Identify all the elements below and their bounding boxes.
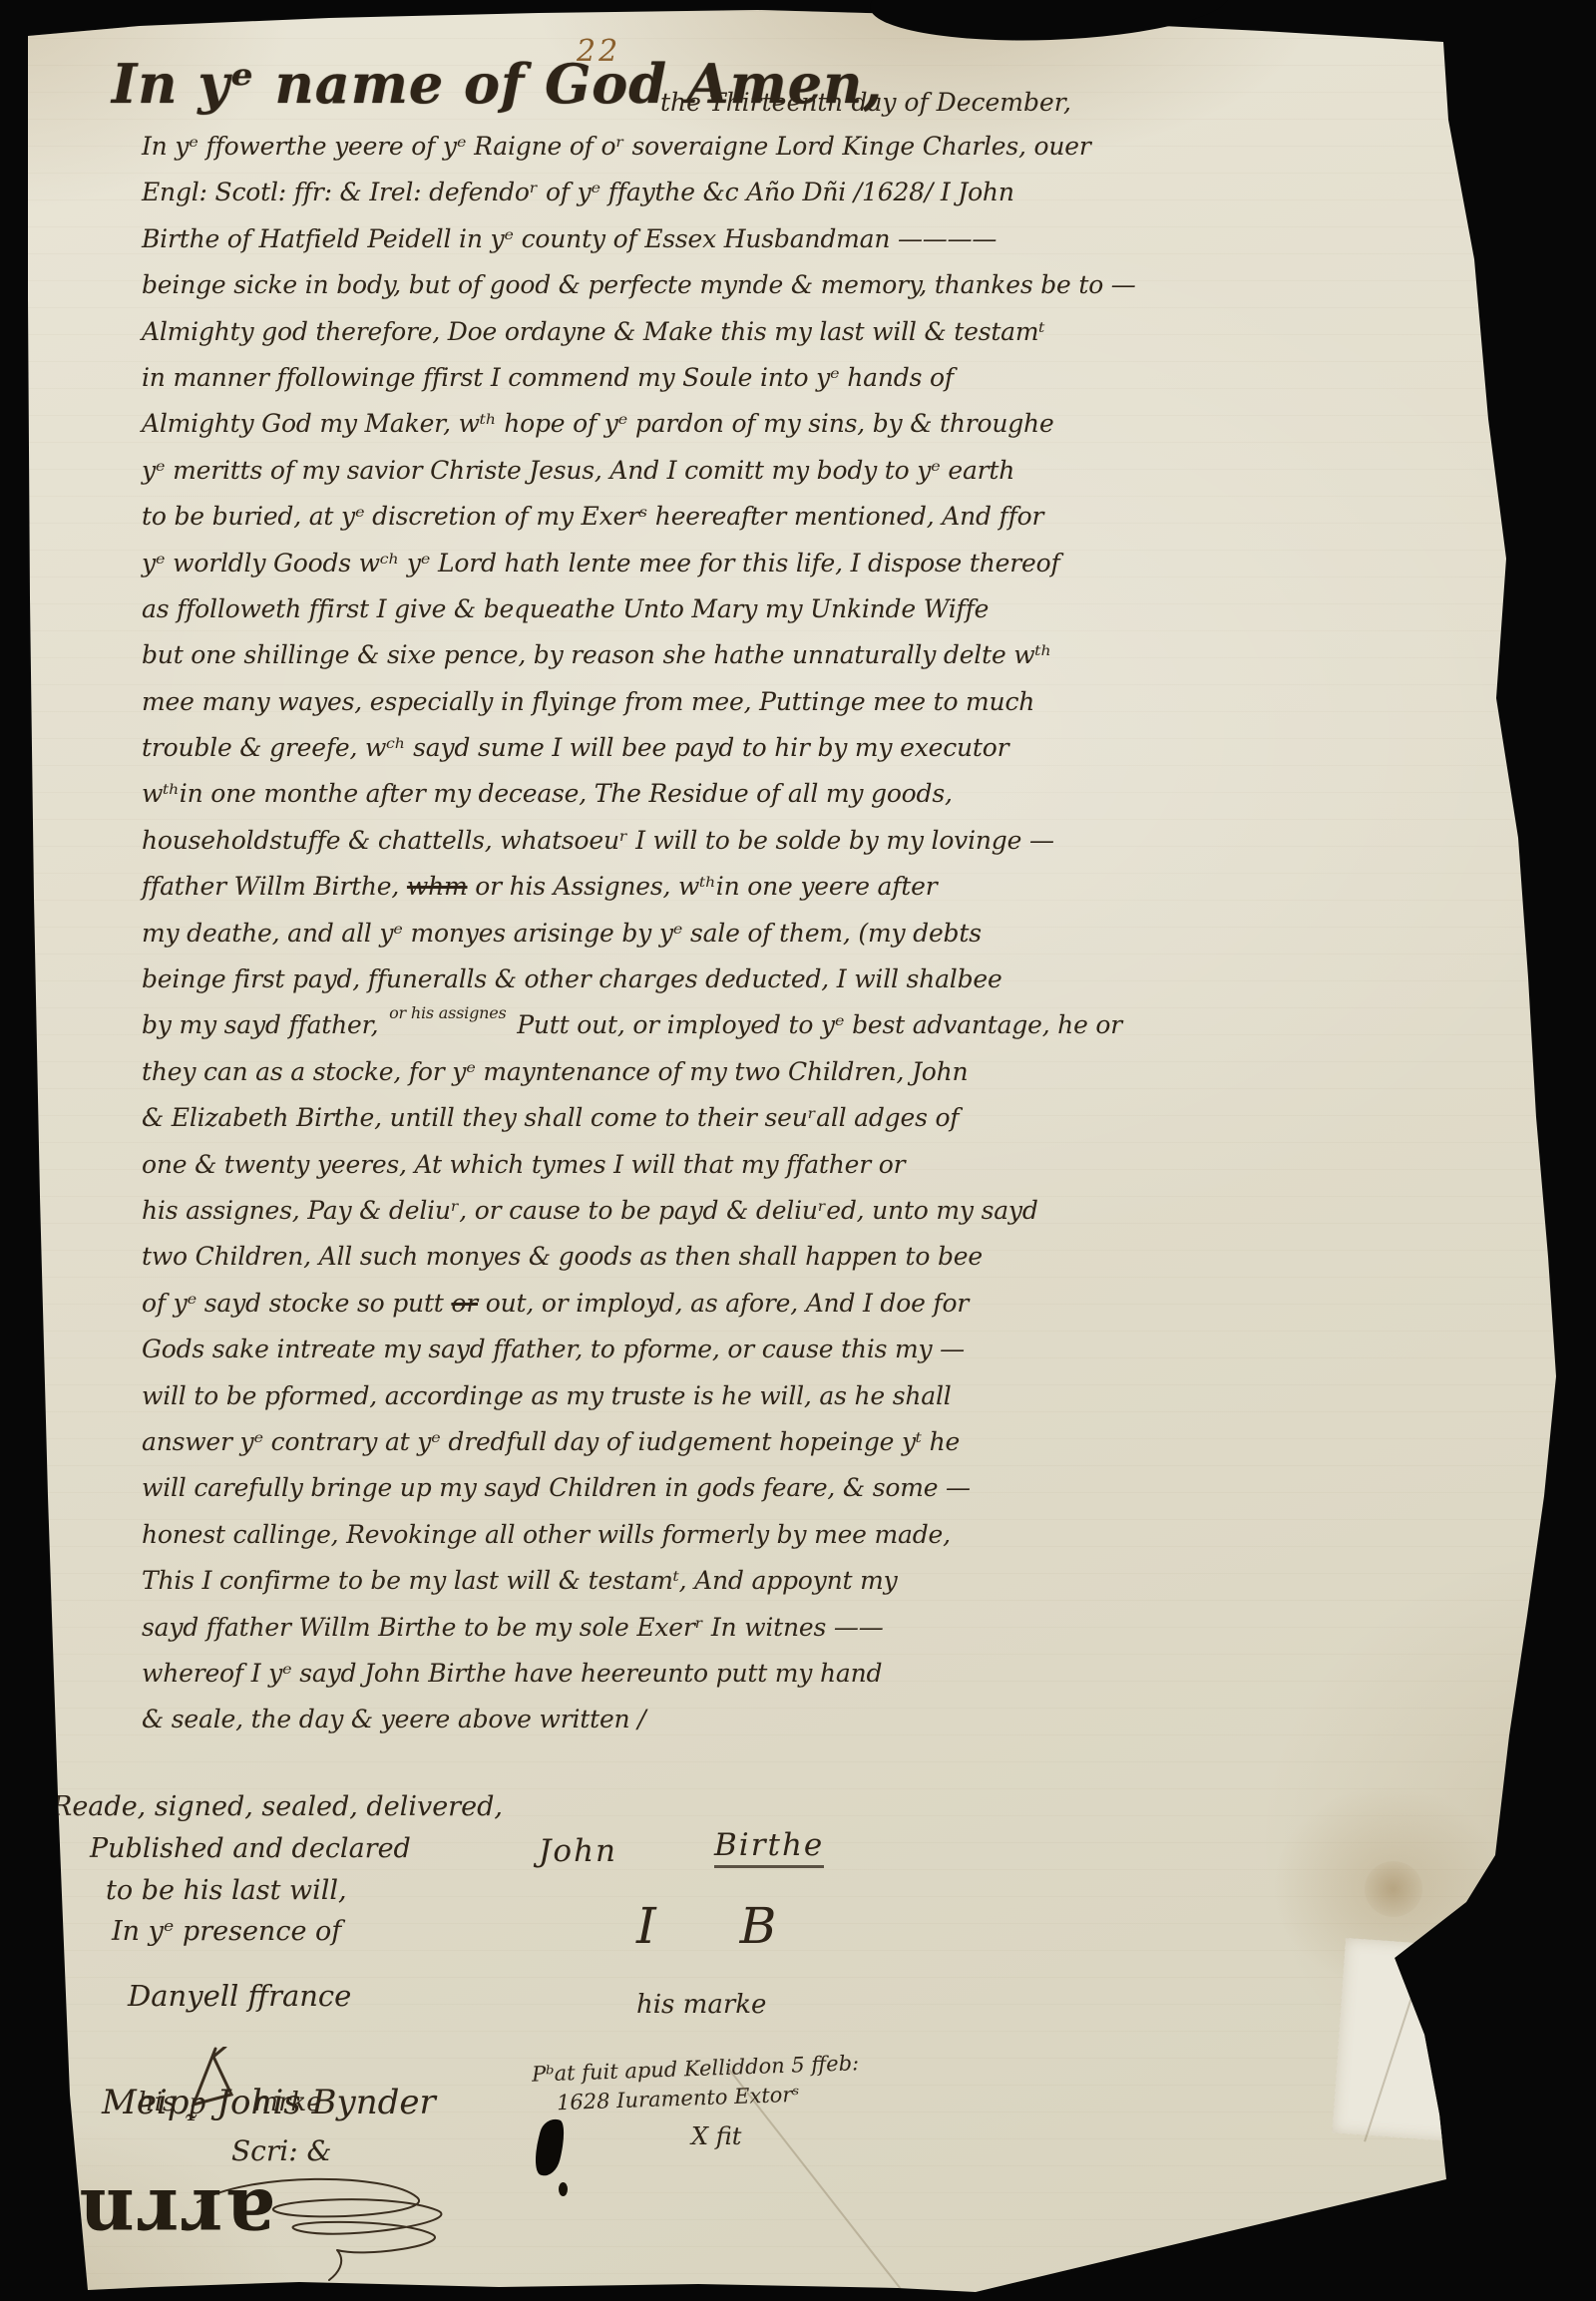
manuscript-line: one & twenty yeeres, At which tymes I wi… xyxy=(142,1142,1099,1188)
ink-blot xyxy=(559,2182,568,2196)
scrivener-name: Meipᵱ Johis Bynder xyxy=(102,2083,436,2122)
manuscript-line: sayd ffather Willm Birthe to be my sole … xyxy=(142,1605,1099,1651)
manuscript-line: they can as a stocke, for yᵉ mayntenance… xyxy=(142,1049,1099,1095)
testator-mark-label: his marke xyxy=(636,1990,766,2020)
manuscript-line: yᵉ meritts of my savior Christe Jesus, A… xyxy=(142,448,1099,494)
manuscript-line: & seale, the day & yeere above written / xyxy=(142,1697,1099,1742)
testator-signature-last: Birthe xyxy=(714,1827,824,1868)
manuscript-line: Gods sake intreate my sayd ffather, to p… xyxy=(142,1327,1099,1372)
manuscript-line: as ffolloweth ffirst I give & bequeathe … xyxy=(142,586,1099,632)
probate-fiat: X fit xyxy=(691,2122,741,2150)
manuscript-line: two Children, All such monyes & goods as… xyxy=(142,1234,1099,1280)
probate-note-line: 1628 Iuramento Extorˢ xyxy=(557,2083,800,2114)
bleedthrough-fragment: arrncu xyxy=(0,2172,275,2261)
manuscript-line: trouble & greefe, wᶜʰ sayd sume I will b… xyxy=(142,725,1099,771)
paper-patch xyxy=(1332,1938,1494,2143)
manuscript-line: ffather Willm Birthe, whm or his Assigne… xyxy=(142,864,1099,910)
manuscript-line: yᵉ worldly Goods wᶜʰ yᵉ Lord hath lente … xyxy=(142,541,1099,586)
manuscript-line: to be buried, at yᵉ discretion of my Exe… xyxy=(142,494,1099,540)
manuscript-line: by my sayd ffather, or his assignes Putt… xyxy=(142,1002,1099,1048)
manuscript-line: Engl: Scotl: ffr: & Irel: defendoʳ of yᵉ… xyxy=(142,170,1099,215)
probate-note-line: Pᵇat fuit apud Kelliddon 5 ffeb: xyxy=(532,2051,860,2086)
manuscript-line: wᵗʰin one monthe after my decease, The R… xyxy=(142,771,1099,817)
manuscript-line: honest callinge, Revokinge all other wil… xyxy=(142,1512,1099,1558)
manuscript-line: Birthe of Hatfield Peidell in yᵉ county … xyxy=(142,216,1099,262)
crease-line xyxy=(726,2066,912,2301)
manuscript-line: in manner ffollowinge ffirst I commend m… xyxy=(142,355,1099,401)
ink-blot xyxy=(530,2116,569,2179)
attestation-line: Published and declared xyxy=(90,1833,411,1864)
attestation-line: In yᵉ presence of xyxy=(112,1916,341,1947)
manuscript-line: will carefully bringe up my sayd Childre… xyxy=(142,1465,1099,1511)
manuscript-line: beinge first payd, ffuneralls & other ch… xyxy=(142,957,1099,1002)
manuscript-line: my deathe, and all yᵉ monyes arisinge by… xyxy=(142,911,1099,957)
manuscript-line: his assignes, Pay & deliuʳ, or cause to … xyxy=(142,1188,1099,1234)
attestation-line: to be his last will, xyxy=(106,1875,347,1906)
witness-name: Danyell ffrance xyxy=(128,1979,351,2013)
manuscript-line: Almighty God my Maker, wᵗʰ hope of yᵉ pa… xyxy=(142,401,1099,447)
stain xyxy=(1365,1861,1422,1917)
testator-mark-initials: I B xyxy=(636,1897,810,1955)
manuscript-scan: 22 In yᵉ name of God Amen, the Thirteent… xyxy=(0,0,1596,2301)
manuscript-line: Almighty god therefore, Doe ordayne & Ma… xyxy=(142,309,1099,355)
paper-sheet: 22 In yᵉ name of God Amen, the Thirteent… xyxy=(0,0,1596,2301)
manuscript-line: will to be pformed, accordinge as my tru… xyxy=(142,1373,1099,1419)
testator-signature-first: John xyxy=(539,1833,617,1869)
attestation-line: Reade, signed, sealed, delivered, xyxy=(52,1791,503,1822)
manuscript-line: In yᵉ ffowerthe yeere of yᵉ Raigne of oʳ… xyxy=(142,124,1099,170)
manuscript-line: of yᵉ sayd stocke so putt or out, or imp… xyxy=(142,1281,1099,1327)
manuscript-line: beinge sicke in body, but of good & perf… xyxy=(142,262,1099,308)
manuscript-line: & Elizabeth Birthe, untill they shall co… xyxy=(142,1095,1099,1141)
manuscript-line: mee many wayes, especially in flyinge fr… xyxy=(142,679,1099,725)
manuscript-line: householdstuffe & chattells, whatsoeuʳ I… xyxy=(142,818,1099,864)
manuscript-line: whereof I yᵉ sayd John Birthe have heere… xyxy=(142,1651,1099,1697)
will-heading-date: the Thirteenth day of December, xyxy=(660,88,1071,117)
will-body-text: In yᵉ ffowerthe yeere of yᵉ Raigne of oʳ… xyxy=(142,124,1099,1743)
manuscript-line: This I confirme to be my last will & tes… xyxy=(142,1558,1099,1604)
manuscript-line: but one shillinge & sixe pence, by reaso… xyxy=(142,632,1099,678)
manuscript-line: answer yᵉ contrary at yᵉ dredfull day of… xyxy=(142,1419,1099,1465)
